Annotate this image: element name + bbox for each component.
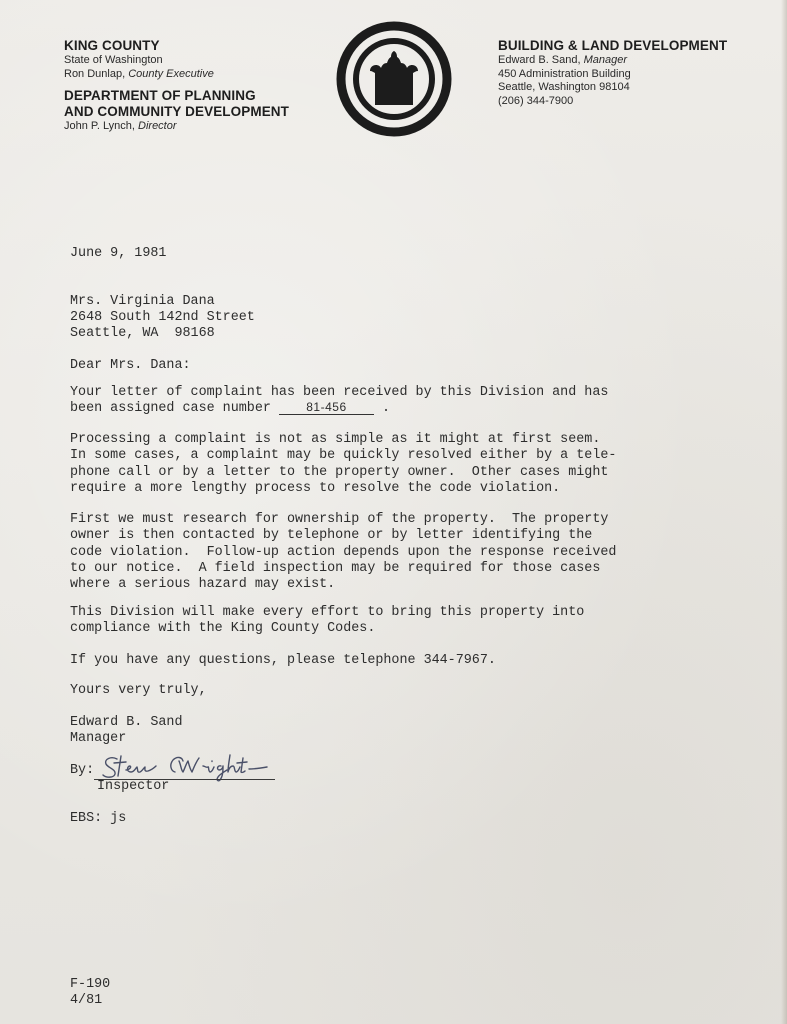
form-number: F-190: [70, 977, 110, 993]
office-address-line-2: Seattle, Washington 98104: [498, 81, 727, 95]
form-date: 4/81: [70, 993, 102, 1009]
department-line-2: AND COMMUNITY DEVELOPMENT: [64, 104, 289, 120]
closing: Yours very truly,: [70, 683, 207, 699]
recipient-street: 2648 South 142nd Street: [70, 310, 255, 326]
state-name: State of Washington: [64, 54, 289, 68]
letter-page: KING COUNTY State of Washington Ron Dunl…: [0, 0, 787, 1024]
paper-edge-shadow: [781, 0, 787, 1024]
director-title: Director: [138, 120, 177, 132]
paragraph-4: This Division will make every effort to …: [70, 605, 584, 638]
letterhead-left: KING COUNTY State of Washington Ron Dunl…: [64, 38, 289, 134]
division-manager: Edward B. Sand, Manager: [498, 54, 727, 68]
recipient-name: Mrs. Virginia Dana: [70, 294, 215, 310]
paragraph-1-line-2: been assigned case number 81-456 .: [70, 401, 390, 417]
director-name: John P. Lynch,: [64, 120, 135, 132]
king-county-crown-logo-icon: [336, 21, 452, 137]
executive-name: Ron Dunlap,: [64, 68, 125, 80]
case-number-period: .: [374, 401, 390, 416]
handwritten-signature-icon: [99, 752, 269, 782]
county-executive: Ron Dunlap, County Executive: [64, 68, 289, 82]
letterhead-right: BUILDING & LAND DEVELOPMENT Edward B. Sa…: [498, 38, 727, 108]
by-label: By:: [70, 763, 94, 779]
division-name: BUILDING & LAND DEVELOPMENT: [498, 38, 727, 54]
signer-title: Manager: [70, 731, 126, 747]
case-number-label: been assigned case number: [70, 401, 279, 416]
letter-date: June 9, 1981: [70, 246, 166, 262]
executive-title: County Executive: [128, 68, 214, 80]
signer-name: Edward B. Sand: [70, 715, 183, 731]
signature-title: Inspector: [97, 779, 169, 795]
office-address-line-1: 450 Administration Building: [498, 68, 727, 82]
department-line-1: DEPARTMENT OF PLANNING: [64, 88, 289, 104]
recipient-city: Seattle, WA 98168: [70, 326, 215, 342]
county-name: KING COUNTY: [64, 38, 289, 54]
paragraph-5: If you have any questions, please teleph…: [70, 653, 496, 669]
manager-title: Manager: [584, 54, 627, 66]
office-phone: (206) 344-7900: [498, 95, 727, 109]
paragraph-1-line-1: Your letter of complaint has been receiv…: [70, 385, 608, 401]
paragraph-2: Processing a complaint is not as simple …: [70, 432, 616, 497]
director: John P. Lynch, Director: [64, 120, 289, 134]
case-number: 81-456: [279, 401, 374, 415]
typist-initials: EBS: js: [70, 811, 126, 827]
salutation: Dear Mrs. Dana:: [70, 358, 191, 374]
paragraph-3: First we must research for ownership of …: [70, 512, 616, 593]
manager-name: Edward B. Sand,: [498, 54, 581, 66]
